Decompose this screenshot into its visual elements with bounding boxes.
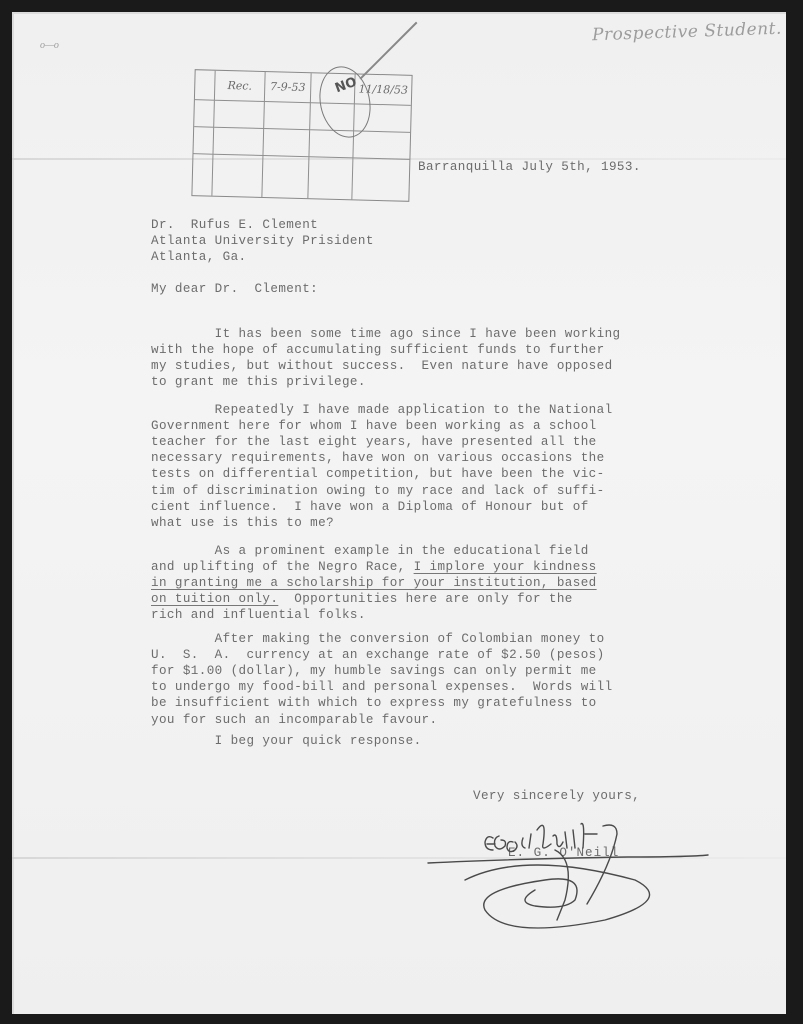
text-line: to undergo my food-bill and personal exp…: [151, 679, 613, 695]
dateline: Barranquilla July 5th, 1953.: [418, 159, 641, 175]
stamp-cell: [193, 127, 214, 155]
stamp-cell: [194, 100, 215, 128]
stamp-cell: [214, 101, 265, 129]
stamp-cell: [192, 154, 213, 196]
text-line: tim of discrimination owing to my race a…: [151, 483, 613, 499]
recipient-city: Atlanta, Ga.: [151, 249, 374, 265]
text-line: As a prominent example in the educationa…: [151, 543, 597, 559]
stamp-cell: [352, 158, 409, 200]
text-line: my studies, but without success. Even na…: [151, 358, 621, 374]
corner-pencil-mark: o—o: [40, 40, 59, 51]
text-line: and uplifting of the Negro Race, I implo…: [151, 559, 597, 575]
recipient-name: Dr. Rufus E. Clement: [151, 217, 374, 233]
text-line: for $1.00 (dollar), my humble savings ca…: [151, 663, 613, 679]
stamp-cell: [213, 128, 264, 156]
text-line: teacher for the last eight years, have p…: [151, 434, 613, 450]
stamp-cell: [353, 131, 410, 159]
stamp-cell: [308, 157, 353, 199]
text-line: on tuition only. Opportunities here are …: [151, 591, 597, 607]
salutation: My dear Dr. Clement:: [151, 281, 318, 297]
text-line: Repeatedly I have made application to th…: [151, 402, 613, 418]
text-line: U. S. A. currency at an exchange rate of…: [151, 647, 613, 663]
text-line: cient influence. I have won a Diploma of…: [151, 499, 613, 515]
text-span: Opportunities here are only for the: [278, 592, 572, 606]
stamp-cell: [195, 70, 216, 101]
stamp-cell: [262, 156, 309, 198]
stamp-cell-received: Rec.: [215, 71, 266, 102]
text-line: Government here for whom I have been wor…: [151, 418, 613, 434]
recipient-title: Atlanta University Prisident: [151, 233, 374, 249]
underlined-request: on tuition only.: [151, 592, 278, 606]
underlined-request: I implore your kindness: [414, 560, 597, 574]
text-line: with the hope of accumulating sufficient…: [151, 342, 621, 358]
text-line: necessary requirements, have won on vari…: [151, 450, 613, 466]
text-span: and uplifting of the Negro Race,: [151, 560, 414, 574]
underlined-request: in granting me a scholarship for your in…: [151, 575, 597, 591]
paragraph-5: I beg your quick response.: [151, 733, 422, 749]
text-line: It has been some time ago since I have b…: [151, 326, 621, 342]
paragraph-2: Repeatedly I have made application to th…: [151, 386, 613, 547]
text-line: you for such an incomparable favour.: [151, 712, 613, 728]
stamp-cell: [212, 155, 263, 197]
stamp-cell: [264, 102, 311, 130]
receipt-stamp-grid: Rec. 7-9-53 11/18/53: [191, 69, 412, 202]
paragraph-4: After making the conversion of Colombian…: [151, 615, 613, 744]
stamp-cell-date: 7-9-53: [265, 72, 312, 103]
stamp-cell: [263, 129, 310, 157]
text-line: After making the conversion of Colombian…: [151, 631, 613, 647]
text-line: tests on differential competition, but h…: [151, 466, 613, 482]
closing: Very sincerely yours,: [473, 788, 640, 804]
text-line: be insufficient with which to express my…: [151, 695, 613, 711]
recipient-address: Dr. Rufus E. ClementAtlanta University P…: [151, 217, 374, 265]
signature-icon: [425, 810, 725, 930]
